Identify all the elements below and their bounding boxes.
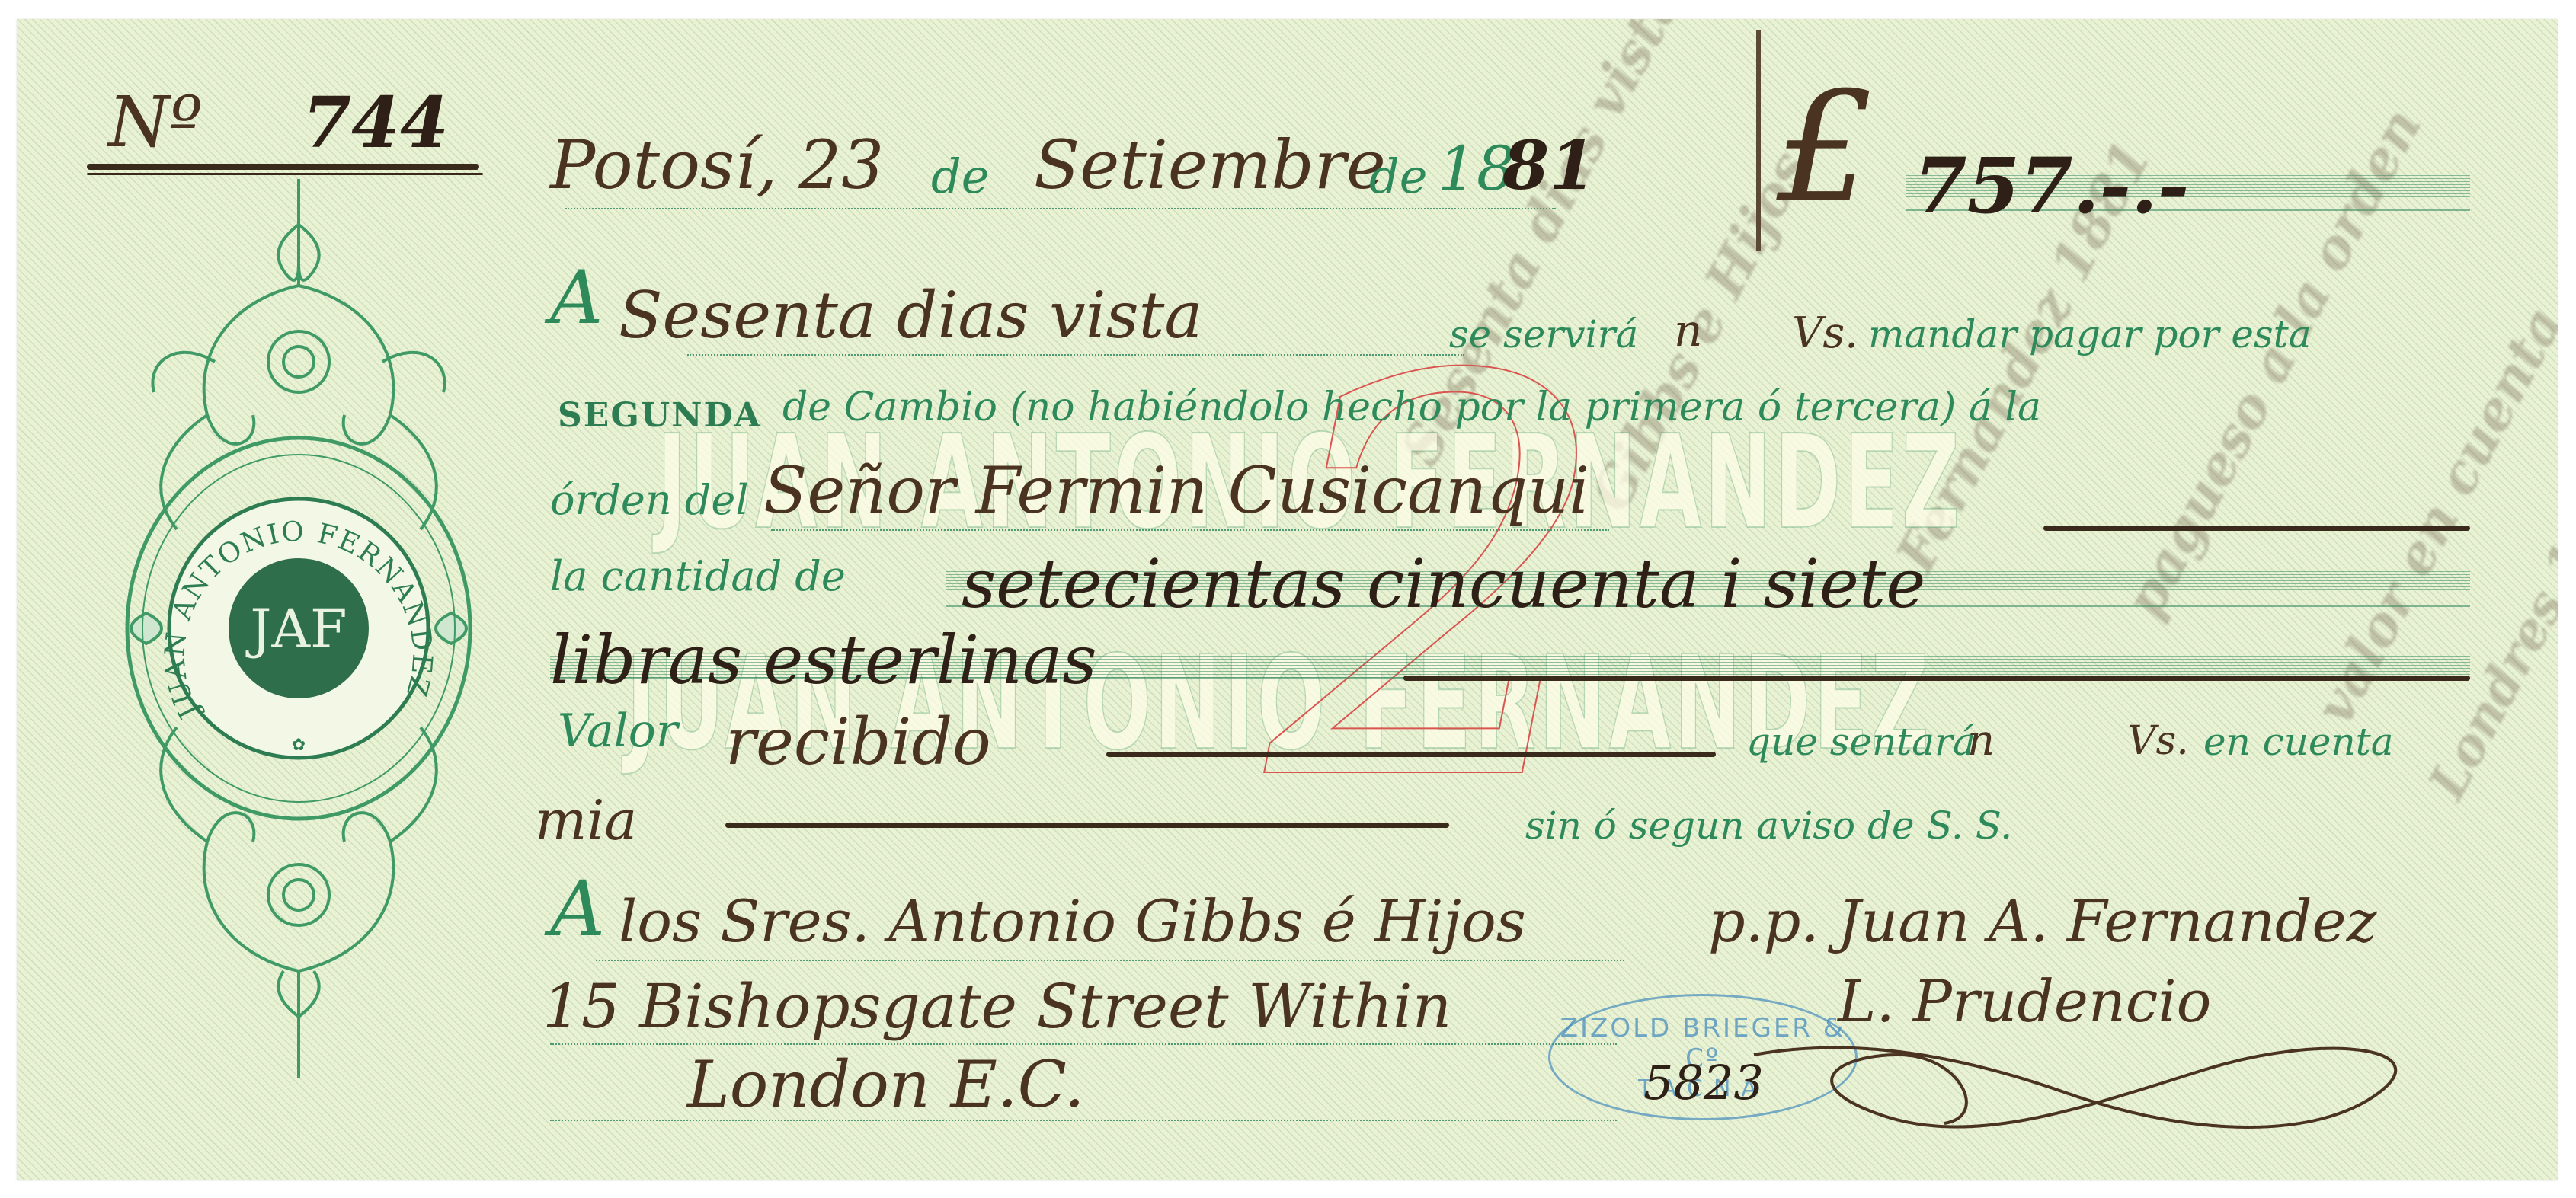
- value-fill-line: [1106, 752, 1716, 757]
- addressee-baseline-1: [596, 960, 1624, 961]
- line6-plural-n: n: [1967, 716, 1995, 765]
- line4-prefix: la cantidad de: [550, 552, 846, 600]
- place-date: Potosí, 23: [550, 126, 884, 204]
- term-baseline: [687, 354, 1464, 356]
- line3-prefix: órden del: [550, 476, 749, 524]
- date-baseline: [565, 208, 1556, 209]
- term: Sesenta dias vista: [619, 278, 1203, 353]
- addressee-prefix: A: [550, 864, 605, 954]
- amount-words-2: libras esterlinas: [550, 621, 1097, 699]
- addressee-line-1: los Sres. Antonio Gibbs é Hijos: [619, 887, 1526, 955]
- line7-mia: mia: [535, 788, 637, 852]
- signature-line-1: p.p. Juan A. Fernandez: [1708, 887, 2377, 955]
- amount-figure: 757.-.-: [1914, 141, 2189, 231]
- currency-symbol: £: [1777, 72, 1874, 225]
- amount-words-1: setecientas cincuenta i siete: [962, 545, 1925, 623]
- line7-fill-line: [725, 823, 1449, 828]
- line6-que-sentara: que sentará: [1746, 720, 1976, 764]
- bill-of-exchange: Sesenta dias vista Gibbs e Hijos Fernand…: [17, 19, 2558, 1180]
- copy-label-segunda: SEGUNDA: [558, 396, 762, 435]
- line6-vs: Vs.: [2127, 718, 2189, 764]
- payee-fill-line: [2043, 526, 2470, 531]
- amount-divider: [1756, 30, 1761, 251]
- date-month: Setiembre: [1034, 126, 1386, 204]
- date-de-2: de: [1369, 149, 1427, 204]
- line2-text: de Cambio (no habiéndolo hecho por la pr…: [782, 385, 2041, 430]
- body-prefix-a: A: [550, 255, 603, 340]
- value-received: recibido: [725, 704, 991, 779]
- addressee-baseline-2: [550, 1043, 1617, 1045]
- line1-end: mandar pagar por esta: [1868, 312, 2312, 356]
- emblem-monogram: JAF: [245, 598, 347, 660]
- svg-text:✿: ✿: [292, 736, 306, 755]
- number-underline-thin: [87, 173, 483, 175]
- line1-plural-n: n: [1674, 305, 1702, 356]
- ornament-icon: JUAN ANTONIO FERNANDEZ JAF ✿: [101, 179, 497, 1078]
- line1-vs: Vs.: [1792, 308, 1858, 358]
- line1-se-servira: se servirá: [1449, 312, 1638, 356]
- addressee-line-2: 15 Bishopsgate Street Within: [542, 971, 1451, 1042]
- document-number: 744: [302, 81, 449, 164]
- date-de-1: de: [931, 149, 989, 204]
- line6-prefix-valor: Valor: [558, 704, 678, 758]
- emblem: JUAN ANTONIO FERNANDEZ JAF ✿: [101, 179, 497, 1078]
- payee: Señor Fermin Cusicanqui: [763, 453, 1589, 528]
- number-label: Nº: [108, 81, 203, 163]
- line7-end: sin ó segun aviso de S. S.: [1525, 803, 2012, 848]
- signature-flourish-icon: [1746, 1024, 2432, 1161]
- addressee-line-3: London E.C.: [687, 1047, 1085, 1122]
- line6-end: en cuenta: [2203, 720, 2394, 764]
- amount-words-fill-line: [1403, 676, 2470, 681]
- number-underline: [87, 164, 479, 170]
- payee-baseline: [771, 529, 1609, 531]
- date-year-written: 81: [1502, 126, 1595, 205]
- addressee-baseline-3: [550, 1120, 1617, 1121]
